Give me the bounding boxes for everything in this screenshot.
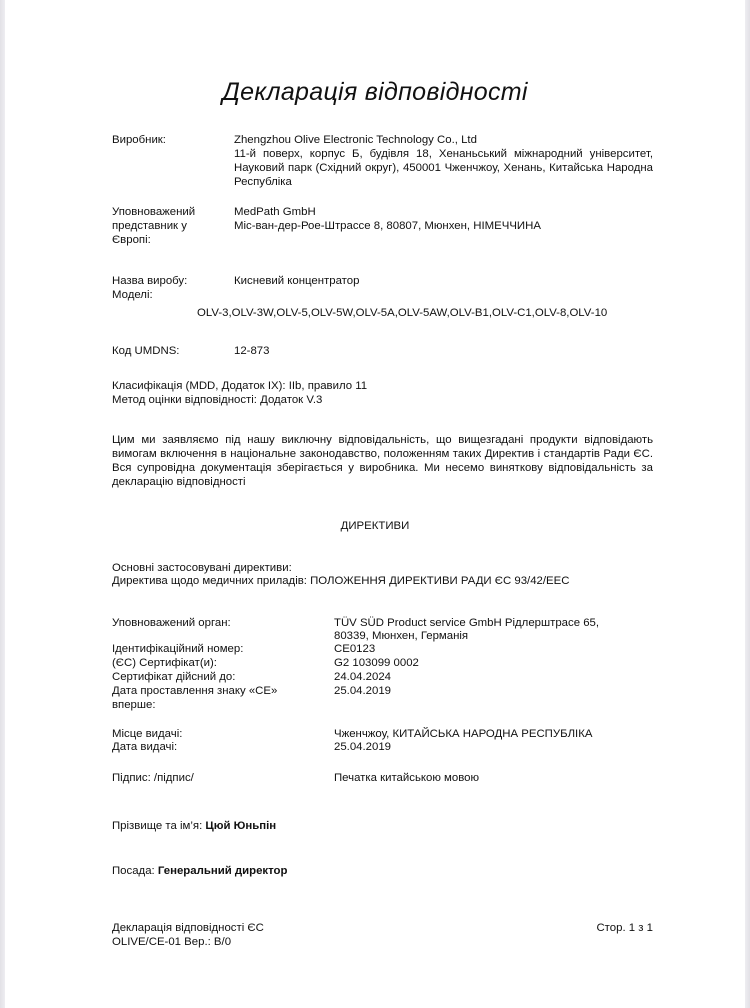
signature-label: Підпис: /підпис/ — [112, 771, 194, 785]
manufacturer-address: 11-й поверх, корпус Б, будівля 18, Хенан… — [234, 147, 653, 189]
footer-doc-ref: OLIVE/CE-01 Вер.: B/0 — [112, 935, 231, 949]
footer-doc-title: Декларація відповідності ЄС — [112, 921, 264, 935]
footer-page-number: Стор. 1 з 1 — [596, 921, 653, 935]
valid-until-value: 24.04.2024 — [334, 670, 391, 684]
umdns-label: Код UMDNS: — [112, 344, 179, 358]
manufacturer-label: Виробник: — [112, 133, 166, 147]
issue-place-label: Місце видачі: — [112, 727, 182, 741]
ce-date-label-line2: вперше: — [112, 698, 156, 712]
eu-rep-address: Міс-ван-дер-Рое-Штрассе 8, 80807, Мюнхен… — [234, 219, 541, 233]
umdns-value: 12-873 — [234, 344, 269, 358]
issue-date-label: Дата видачі: — [112, 740, 177, 754]
eu-rep-label-line2: представник у — [112, 219, 187, 233]
manufacturer-name: Zhengzhou Olive Electronic Technology Co… — [234, 133, 477, 147]
models-value: OLV-3,OLV-3W,OLV-5,OLV-5W,OLV-5A,OLV-5AW… — [197, 306, 607, 320]
certificate-value: G2 103099 0002 — [334, 656, 419, 670]
eu-rep-label-line1: Уповноважений — [112, 205, 195, 219]
position-label: Посада: — [112, 865, 158, 877]
directives-heading: ДИРЕКТИВИ — [5, 519, 745, 533]
page-edge-right — [745, 0, 750, 1008]
signatory-name: Прізвище та ім’я: Цюй Юньпін — [112, 819, 276, 833]
models-label: Моделі: — [112, 288, 153, 302]
certificate-label: (ЄС) Сертифікат(и): — [112, 656, 217, 670]
issue-date-value: 25.04.2019 — [334, 740, 391, 754]
assessment-method: Метод оцінки відповідності: Додаток V.3 — [112, 393, 322, 407]
notified-body-value-line1: TÜV SÜD Product service GmbH Рідлерштрас… — [334, 616, 599, 630]
document-page: Декларація відповідності Виробник: Zheng… — [5, 0, 745, 1008]
signatory-name-value: Цюй Юньпін — [205, 820, 276, 832]
id-number-label: Ідентифікаційний номер: — [112, 642, 243, 656]
document-title: Декларація відповідності — [5, 78, 745, 107]
notified-body-value-line2: 80339, Мюнхен, Германія — [334, 629, 468, 643]
product-name-label: Назва виробу: — [112, 274, 187, 288]
signatory-name-label: Прізвище та ім’я: — [112, 820, 205, 832]
eu-rep-name: MedPath GmbH — [234, 205, 316, 219]
issue-place-value: Чженчжоу, КИТАЙСЬКА НАРОДНА РЕСПУБЛІКА — [334, 727, 592, 741]
directive-line: Директива щодо медичних приладів: ПОЛОЖЕ… — [112, 574, 569, 588]
signatory-position: Посада: Генеральний директор — [112, 864, 287, 878]
eu-rep-label-line3: Європі: — [112, 233, 151, 247]
stamp-note: Печатка китайською мовою — [334, 771, 479, 785]
position-value: Генеральний директор — [158, 865, 288, 877]
classification: Класифікація (MDD, Додаток IX): IIb, пра… — [112, 379, 367, 393]
notified-body-label: Уповноважений орган: — [112, 616, 231, 630]
id-number-value: CE0123 — [334, 642, 375, 656]
directives-intro: Основні застосовувані директиви: — [112, 561, 292, 575]
declaration-statement: Цим ми заявляємо під нашу виключну відпо… — [112, 433, 653, 489]
ce-date-label-line1: Дата проставлення знаку «CE» — [112, 684, 277, 698]
product-name-value: Кисневий концентратор — [234, 274, 359, 288]
valid-until-label: Сертифікат дійсний до: — [112, 670, 235, 684]
ce-date-value: 25.04.2019 — [334, 684, 391, 698]
